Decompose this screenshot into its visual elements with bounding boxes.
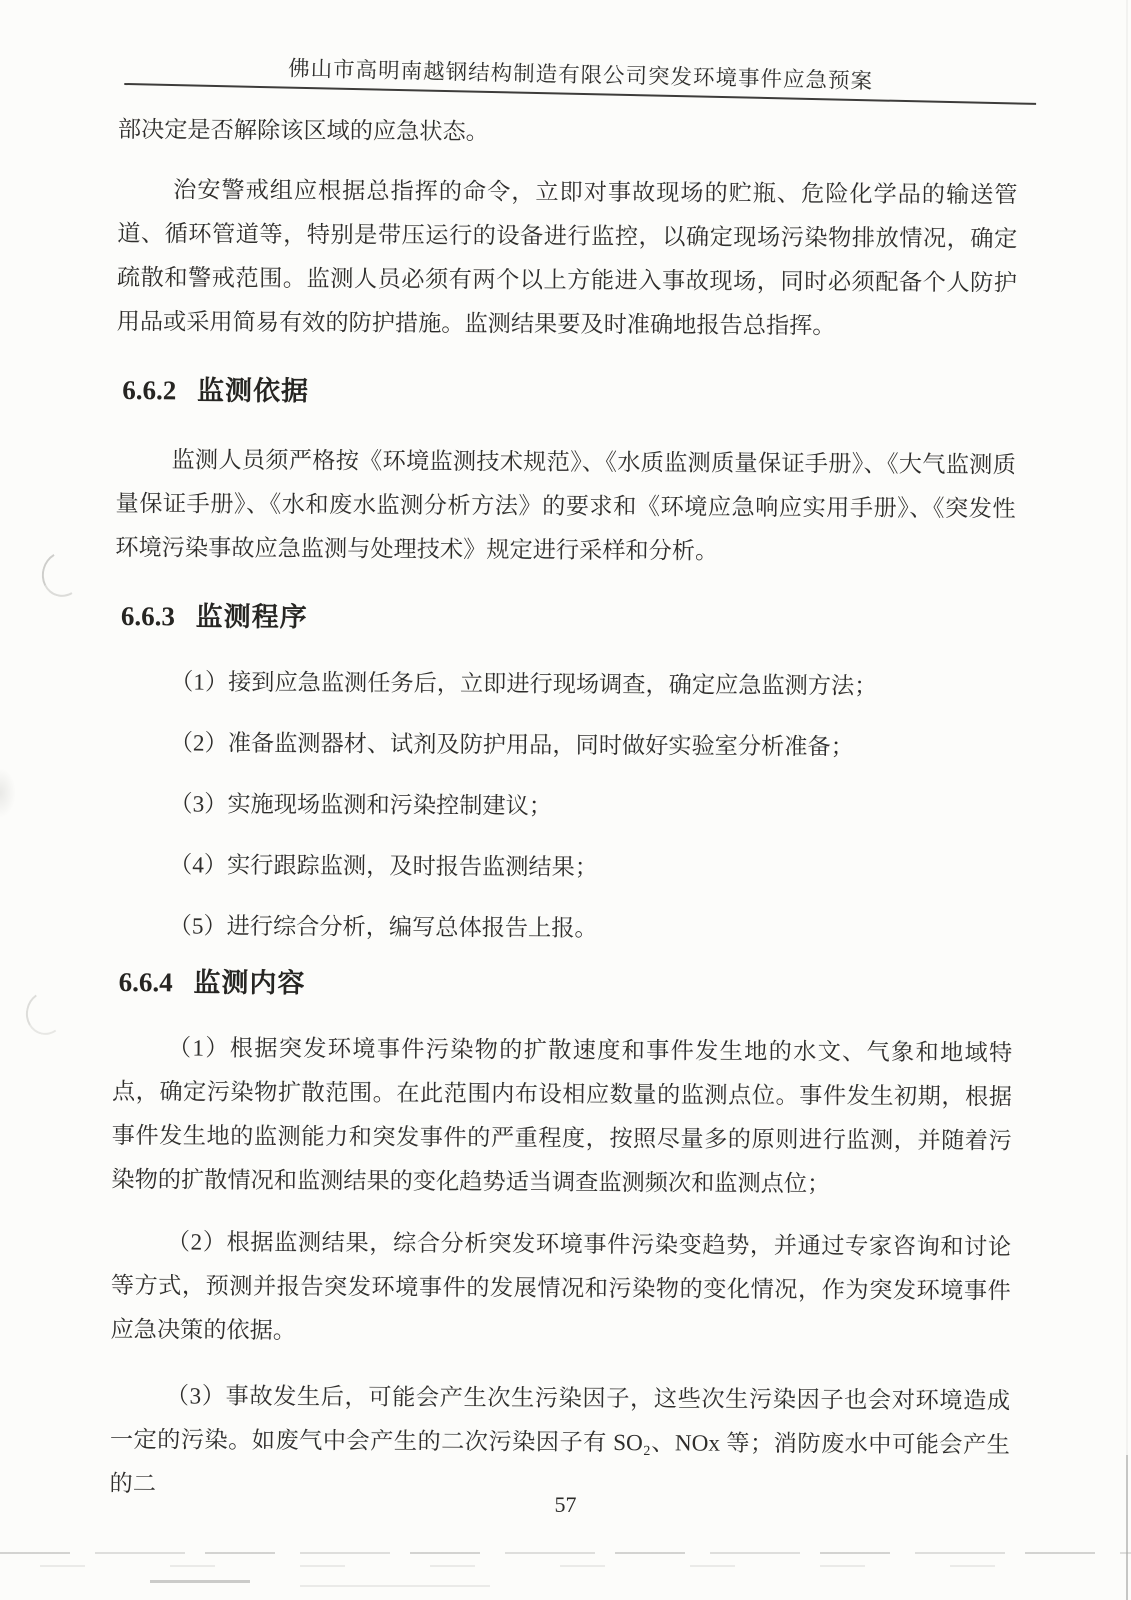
punch-hole-shadow <box>22 987 70 1038</box>
procedure-item-4: （4）实行跟踪监测，及时报告监测结果； <box>113 843 1013 892</box>
document-body: 部决定是否解除该区域的应急状态。 治安警戒组应根据总指挥的命令，立即对事故现场的… <box>109 108 1018 1511</box>
section-number: 6.6.3 <box>121 601 175 631</box>
scan-edge-line <box>1126 0 1128 1600</box>
paragraph-monitoring-basis: 监测人员须严格按《环境监测技术规范》、《水质监测质量保证手册》、《大气监测质量保… <box>115 438 1016 575</box>
procedure-item-3: （3）实施现场监测和污染控制建议； <box>114 782 1014 831</box>
section-number: 6.6.2 <box>122 375 176 405</box>
document-page: 佛山市高明南越钢结构制造有限公司突发环境事件应急预案 部决定是否解除该区域的应急… <box>0 0 1131 1600</box>
section-heading-6-6-3: 6.6.3 监测程序 <box>121 598 1015 639</box>
content-item-3: （3）事故发生后，可能会产生次生污染因子，这些次生污染因子也会对环境造成一定的污… <box>109 1374 1010 1511</box>
section-number: 6.6.4 <box>119 967 173 997</box>
scan-streak <box>0 1552 1131 1554</box>
procedure-item-2: （2）准备监测器材、试剂及防护用品，同时做好实验室分析准备； <box>114 721 1014 770</box>
section-title: 监测依据 <box>197 375 309 406</box>
punch-hole-shadow <box>36 546 89 602</box>
section-title: 监测内容 <box>193 967 305 998</box>
paragraph-continuation: 部决定是否解除该区域的应急状态。 <box>118 108 1018 157</box>
content-item-2: （2）根据监测结果，综合分析突发环境事件污染变趋势，并通过专家咨询和讨论等方式，… <box>110 1220 1011 1357</box>
paragraph-security-group: 治安警戒组应根据总指挥的命令，立即对事故现场的贮瓶、危险化学品的输送管道、循环管… <box>117 168 1018 349</box>
scan-speckle <box>0 768 16 818</box>
procedure-item-5: （5）进行综合分析，编写总体报告上报。 <box>113 904 1013 953</box>
scan-streak <box>300 1585 490 1587</box>
page-number: 57 <box>0 1492 1131 1518</box>
header-title: 佛山市高明南越钢结构制造有限公司突发环境事件应急预案 <box>124 52 1036 98</box>
section-heading-6-6-2: 6.6.2 监测依据 <box>122 372 1016 413</box>
section-heading-6-6-4: 6.6.4 监测内容 <box>119 964 1013 1005</box>
procedure-item-1: （1）接到应急监测任务后，立即进行现场调查，确定应急监测方法； <box>114 660 1014 709</box>
content-item-1: （1）根据突发环境事件污染物的扩散速度和事件发生地的水文、气象和地域特点，确定污… <box>111 1026 1012 1207</box>
page-header: 佛山市高明南越钢结构制造有限公司突发环境事件应急预案 <box>124 52 1037 105</box>
section-title: 监测程序 <box>196 601 308 632</box>
scan-streak <box>150 1580 250 1583</box>
scan-streak <box>40 1565 1080 1567</box>
